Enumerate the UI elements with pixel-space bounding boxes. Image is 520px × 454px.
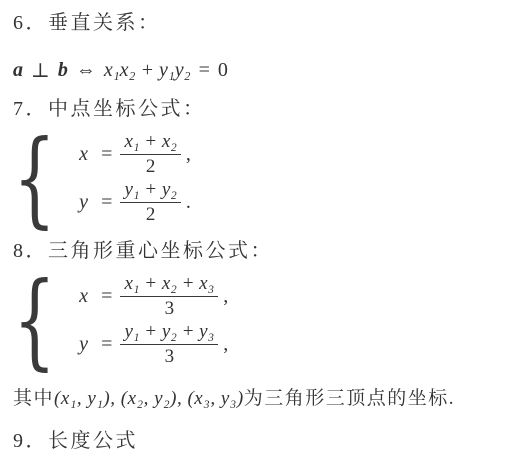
note-points: (x₁, y₁), (x₂, y₂), (x₃, y₃) [54, 388, 244, 409]
perpendicular-icon: ⊥ [31, 58, 50, 83]
zero-value: 0 [218, 59, 228, 82]
punctuation: . [186, 191, 191, 214]
equals-sign: = [199, 59, 210, 82]
numerator: x₁ + x₂ + x₃ [120, 273, 218, 296]
equals-sign: = [101, 191, 112, 214]
equals-sign: = [101, 143, 112, 166]
denominator: 2 [120, 202, 180, 225]
midpoint-equations: x = x₁ + x₂ 2 , y = y₁ + y₂ 2 . [79, 130, 191, 226]
perpendicular-formula: a ⊥ b ⇔ x₁x₂ + y₁y₂ = 0 [13, 56, 514, 84]
denominator: 2 [120, 154, 180, 177]
note-suffix: 为三角形三顶点的坐标. [244, 388, 455, 409]
punctuation: , [186, 143, 191, 166]
left-brace-icon: { [13, 130, 56, 226]
fraction: x₁ + x₂ + x₃ 3 [120, 273, 218, 319]
centroid-equation-x: x = x₁ + x₂ + x₃ 3 , [79, 272, 228, 320]
iff-icon: ⇔ [76, 59, 96, 82]
punctuation: , [223, 333, 228, 356]
vertex-coordinates-note: 其中(x₁, y₁), (x₂, y₂), (x₃, y₃)为三角形三顶点的坐标… [13, 386, 514, 412]
lhs-variable: x [79, 143, 93, 166]
equals-sign: = [101, 285, 112, 308]
vector-b: b [58, 59, 68, 82]
centroid-equations: x = x₁ + x₂ + x₃ 3 , y = y₁ + y₂ + y₃ 3 … [79, 272, 228, 368]
lhs-variable: x [79, 285, 93, 308]
numerator: y₁ + y₂ [120, 179, 180, 202]
section-8-heading: 8．三角形重心坐标公式： [13, 238, 514, 264]
lhs-variable: y [79, 333, 93, 356]
midpoint-equation-x: x = x₁ + x₂ 2 , [79, 130, 191, 178]
denominator: 3 [120, 344, 218, 367]
section-9-heading: 9．长度公式 [13, 428, 514, 454]
vector-a: a [13, 59, 23, 82]
centroid-equation-y: y = y₁ + y₂ + y₃ 3 , [79, 320, 228, 368]
section-6-heading: 6．垂直关系： [13, 10, 514, 36]
lhs-variable: y [79, 191, 93, 214]
equals-sign: = [101, 333, 112, 356]
left-brace-icon: { [13, 272, 56, 368]
formula-sheet-page: 6．垂直关系： a ⊥ b ⇔ x₁x₂ + y₁y₂ = 0 7．中点坐标公式… [0, 0, 520, 454]
dot-product-expression: x₁x₂ + y₁y₂ [104, 59, 191, 82]
numerator: y₁ + y₂ + y₃ [120, 321, 218, 344]
numerator: x₁ + x₂ [120, 131, 180, 154]
fraction: y₁ + y₂ + y₃ 3 [120, 321, 218, 367]
denominator: 3 [120, 296, 218, 319]
midpoint-system: { x = x₁ + x₂ 2 , y = y₁ + y₂ 2 . [13, 130, 514, 226]
punctuation: , [223, 285, 228, 308]
midpoint-equation-y: y = y₁ + y₂ 2 . [79, 178, 191, 226]
centroid-system: { x = x₁ + x₂ + x₃ 3 , y = y₁ + y₂ + y₃ … [13, 272, 514, 368]
note-prefix: 其中 [13, 388, 54, 409]
section-7-heading: 7．中点坐标公式： [13, 96, 514, 122]
fraction: x₁ + x₂ 2 [120, 131, 180, 177]
fraction: y₁ + y₂ 2 [120, 179, 180, 225]
